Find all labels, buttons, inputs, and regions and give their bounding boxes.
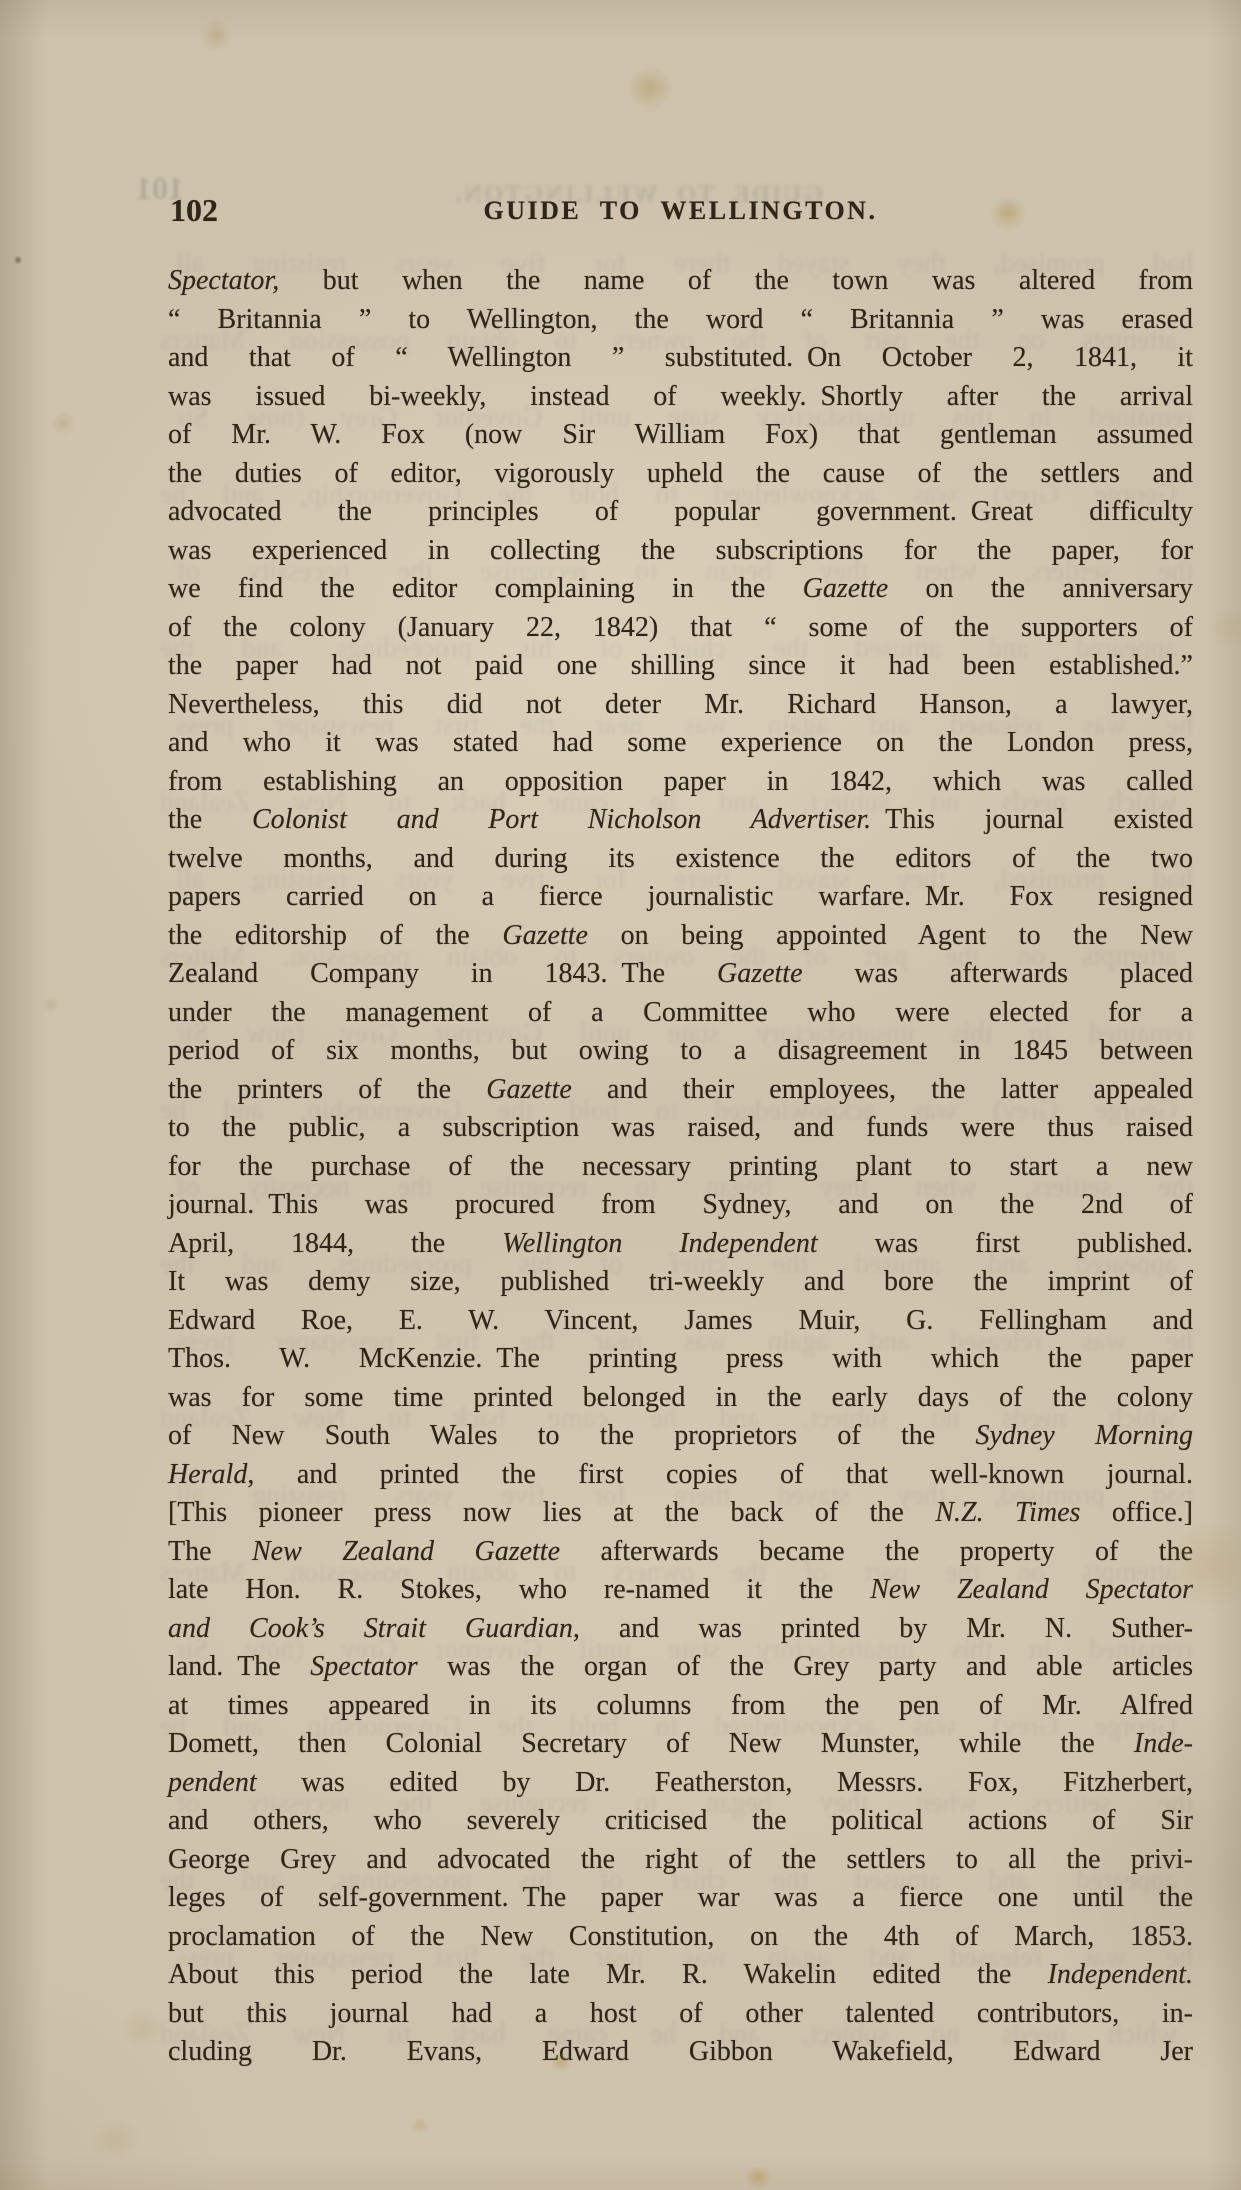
text-line: advocated the principles of popular gove… <box>168 493 1193 532</box>
text-line: Spectator, but when the name of the town… <box>168 262 1193 301</box>
text-line: to the public, a subscription was raised… <box>168 1109 1193 1148</box>
stain <box>738 2160 778 2190</box>
text-line: the printers of the Gazette and their em… <box>168 1071 1193 1110</box>
text-line: George Grey and advocated the right of t… <box>168 1841 1193 1880</box>
stain <box>408 2114 432 2136</box>
text-line: cluding Dr. Evans, Edward Gibbon Wakefie… <box>168 2033 1193 2072</box>
text-line: was issued bi-weekly, instead of weekly.… <box>168 378 1193 417</box>
text-line: [This pioneer press now lies at the back… <box>168 1494 1193 1533</box>
stain <box>618 58 682 118</box>
text-line: About this period the late Mr. R. Wakeli… <box>168 1956 1193 1995</box>
text-line: papers carried on a fierce journalistic … <box>168 878 1193 917</box>
text-line: but this journal had a host of other tal… <box>168 1995 1193 2034</box>
text-line: It was demy size, published tri-weekly a… <box>168 1263 1193 1302</box>
text-line: journal. This was procured from Sydney, … <box>168 1186 1193 1225</box>
text-line: period of six months, but owing to a dis… <box>168 1032 1193 1071</box>
text-line: the paper had not paid one shilling sinc… <box>168 647 1193 686</box>
text-line: Thos. W. McKenzie. The printing press wi… <box>168 1340 1193 1379</box>
text-line: the duties of editor, vigorously upheld … <box>168 455 1193 494</box>
text-line: from establishing an opposition paper in… <box>168 763 1193 802</box>
stain <box>193 12 239 58</box>
text-line: Nevertheless, this did not deter Mr. Ric… <box>168 686 1193 725</box>
stain <box>112 2000 172 2056</box>
text-line: and that of “ Wellington ” substituted. … <box>168 339 1193 378</box>
text-line: twelve months, and during its existence … <box>168 840 1193 879</box>
body-text: Spectator, but when the name of the town… <box>168 262 1193 2072</box>
text-line: the editorship of the Gazette on being a… <box>168 917 1193 956</box>
text-line: and Cook’s Strait Guardian, and was prin… <box>168 1610 1193 1649</box>
text-line: was experienced in collecting the subscr… <box>168 532 1193 571</box>
text-line: Domett, then Colonial Secretary of New M… <box>168 1725 1193 1764</box>
text-line: Zealand Company in 1843. The Gazette was… <box>168 955 1193 994</box>
text-line: The New Zealand Gazette afterwards becam… <box>168 1533 1193 1572</box>
book-page: 101 GUIDE TO WELLINGTON. had promised, t… <box>0 0 1241 2190</box>
text-line: was for some time printed belonged in th… <box>168 1379 1193 1418</box>
text-line: of New South Wales to the proprietors of… <box>168 1417 1193 1456</box>
running-header: GUIDE TO WELLINGTON. <box>168 196 1193 226</box>
text-line: under the management of a Committee who … <box>168 994 1193 1033</box>
text-line: pendent was edited by Dr. Featherston, M… <box>168 1764 1193 1803</box>
text-line: of Mr. W. Fox (now Sir William Fox) that… <box>168 416 1193 455</box>
stain <box>46 406 80 440</box>
text-line: Herald, and printed the first copies of … <box>168 1456 1193 1495</box>
stain <box>38 992 64 1018</box>
text-line: April, 1844, the Wellington Independent … <box>168 1225 1193 1264</box>
stain <box>1198 596 1241 660</box>
text-line: of the colony (January 22, 1842) that “ … <box>168 609 1193 648</box>
text-line: late Hon. R. Stokes, who re-named it the… <box>168 1571 1193 1610</box>
text-line: and others, who severely criticised the … <box>168 1802 1193 1841</box>
text-line: Edward Roe, E. W. Vincent, James Muir, G… <box>168 1302 1193 1341</box>
text-line: for the purchase of the necessary printi… <box>168 1148 1193 1187</box>
stain <box>80 2108 150 2172</box>
text-line: at times appeared in its columns from th… <box>168 1687 1193 1726</box>
text-line: the Colonist and Port Nicholson Advertis… <box>168 801 1193 840</box>
text-line: “ Britannia ” to Wellington, the word “ … <box>168 301 1193 340</box>
ink-speck <box>12 254 24 266</box>
text-line: we find the editor complaining in the Ga… <box>168 570 1193 609</box>
text-line: and who it was stated had some experienc… <box>168 724 1193 763</box>
text-line: land. The Spectator was the organ of the… <box>168 1648 1193 1687</box>
text-line: leges of self-government. The paper war … <box>168 1879 1193 1918</box>
text-line: proclamation of the New Constitution, on… <box>168 1918 1193 1957</box>
